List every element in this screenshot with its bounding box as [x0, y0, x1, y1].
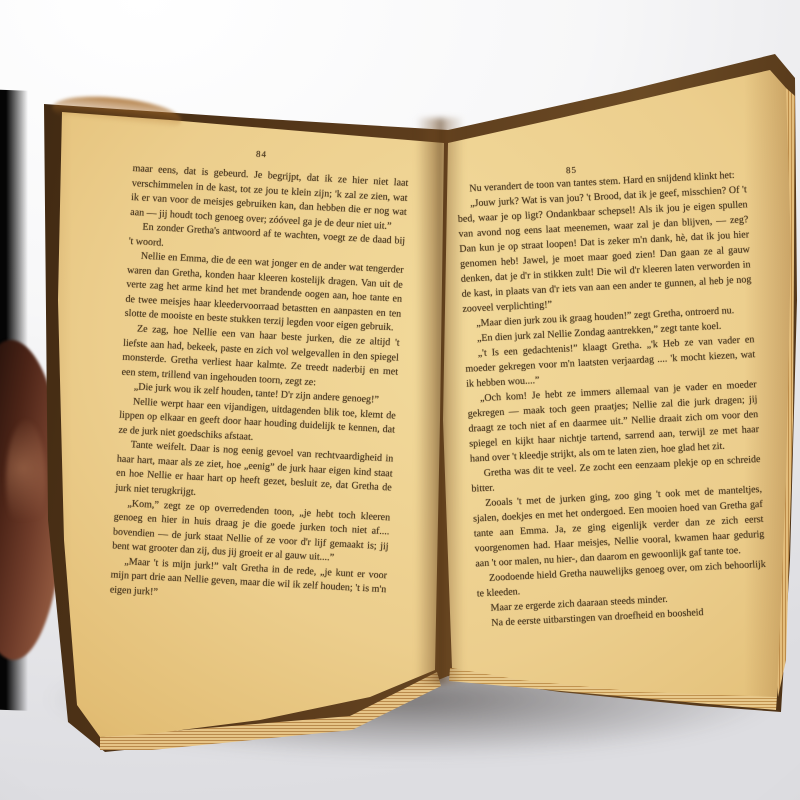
left-page-number: 84 [256, 149, 268, 160]
finger-highlight [6, 420, 46, 540]
right-page-number: 85 [566, 165, 578, 176]
left-page-text: maar eens, dat is gebeurd. Je begrijpt, … [109, 162, 408, 613]
paragraph: „Jouw jurk? Wat is van jou? 't Brood, da… [457, 182, 753, 317]
right-page-text: Nu verandert de toon van tantes stem. Ha… [456, 167, 768, 631]
photo-open-book: 84 85 maar eens, dat is gebeurd. Je begr… [0, 0, 800, 800]
